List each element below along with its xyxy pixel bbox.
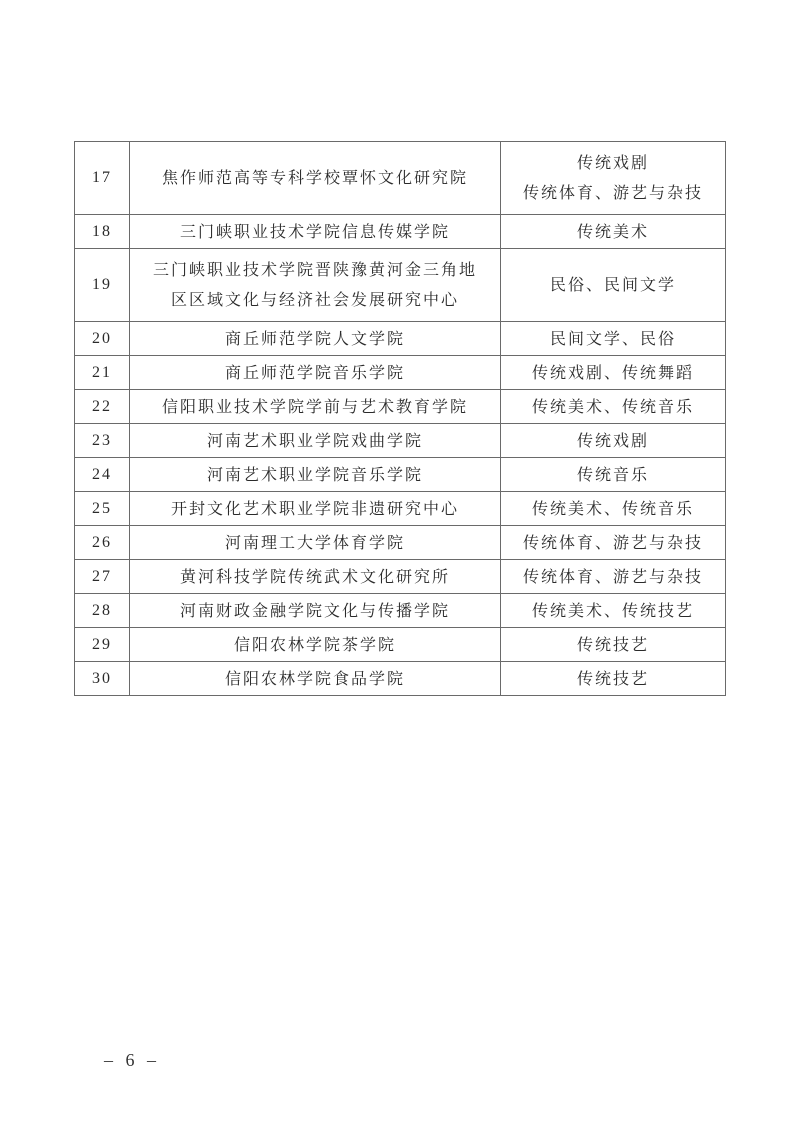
- heritage-category-cell: 民俗、民间文学: [501, 249, 726, 322]
- page-number: – 6 –: [104, 1050, 160, 1071]
- table-row: 25开封文化艺术职业学院非遗研究中心传统美术、传统音乐: [75, 492, 726, 526]
- institution-name-line: 商丘师范学院音乐学院: [134, 358, 496, 388]
- institution-name-line: 河南艺术职业学院音乐学院: [134, 460, 496, 490]
- heritage-category-cell: 传统美术、传统音乐: [501, 390, 726, 424]
- institution-name-line: 三门峡职业技术学院晋陕豫黄河金三角地: [134, 255, 496, 285]
- row-number-cell: 19: [75, 249, 130, 322]
- institution-name-line: 商丘师范学院人文学院: [134, 324, 496, 354]
- heritage-category-cell: 传统美术: [501, 215, 726, 249]
- heritage-category-cell: 传统技艺: [501, 662, 726, 696]
- institution-name-cell: 河南艺术职业学院戏曲学院: [130, 424, 501, 458]
- institution-name-cell: 河南艺术职业学院音乐学院: [130, 458, 501, 492]
- row-number-cell: 25: [75, 492, 130, 526]
- heritage-category-cell: 传统美术、传统技艺: [501, 594, 726, 628]
- heritage-category-line: 民间文学、民俗: [505, 324, 721, 354]
- institution-name-cell: 商丘师范学院人文学院: [130, 322, 501, 356]
- heritage-category-line: 传统音乐: [505, 460, 721, 490]
- table-row: 18三门峡职业技术学院信息传媒学院传统美术: [75, 215, 726, 249]
- row-number-cell: 20: [75, 322, 130, 356]
- heritage-category-line: 传统体育、游艺与杂技: [505, 528, 721, 558]
- institution-name-cell: 商丘师范学院音乐学院: [130, 356, 501, 390]
- institution-name-line: 河南艺术职业学院戏曲学院: [134, 426, 496, 456]
- heritage-category-cell: 传统戏剧传统体育、游艺与杂技: [501, 142, 726, 215]
- institution-name-cell: 焦作师范高等专科学校覃怀文化研究院: [130, 142, 501, 215]
- institution-name-line: 区区域文化与经济社会发展研究中心: [134, 285, 496, 315]
- institution-name-line: 焦作师范高等专科学校覃怀文化研究院: [134, 163, 496, 193]
- institution-name-cell: 三门峡职业技术学院晋陕豫黄河金三角地区区域文化与经济社会发展研究中心: [130, 249, 501, 322]
- heritage-category-line: 传统戏剧: [505, 426, 721, 456]
- institution-name-cell: 黄河科技学院传统武术文化研究所: [130, 560, 501, 594]
- table-row: 23河南艺术职业学院戏曲学院传统戏剧: [75, 424, 726, 458]
- row-number-cell: 23: [75, 424, 130, 458]
- institution-name-line: 信阳职业技术学院学前与艺术教育学院: [134, 392, 496, 422]
- heritage-category-cell: 传统戏剧、传统舞蹈: [501, 356, 726, 390]
- institution-name-cell: 河南财政金融学院文化与传播学院: [130, 594, 501, 628]
- heritage-category-line: 传统美术、传统技艺: [505, 596, 721, 626]
- institution-name-line: 信阳农林学院茶学院: [134, 630, 496, 660]
- table-row: 21商丘师范学院音乐学院传统戏剧、传统舞蹈: [75, 356, 726, 390]
- institution-name-line: 信阳农林学院食品学院: [134, 664, 496, 694]
- heritage-category-line: 传统体育、游艺与杂技: [505, 178, 721, 208]
- document-page: 17焦作师范高等专科学校覃怀文化研究院传统戏剧传统体育、游艺与杂技18三门峡职业…: [0, 0, 799, 1131]
- institution-name-line: 河南财政金融学院文化与传播学院: [134, 596, 496, 626]
- table-row: 28河南财政金融学院文化与传播学院传统美术、传统技艺: [75, 594, 726, 628]
- institution-name-line: 开封文化艺术职业学院非遗研究中心: [134, 494, 496, 524]
- institution-name-cell: 三门峡职业技术学院信息传媒学院: [130, 215, 501, 249]
- institution-name-cell: 河南理工大学体育学院: [130, 526, 501, 560]
- heritage-category-cell: 民间文学、民俗: [501, 322, 726, 356]
- institution-name-line: 河南理工大学体育学院: [134, 528, 496, 558]
- heritage-category-line: 传统美术: [505, 217, 721, 247]
- table-row: 30信阳农林学院食品学院传统技艺: [75, 662, 726, 696]
- table-body: 17焦作师范高等专科学校覃怀文化研究院传统戏剧传统体育、游艺与杂技18三门峡职业…: [75, 142, 726, 696]
- heritage-category-cell: 传统戏剧: [501, 424, 726, 458]
- heritage-category-line: 传统体育、游艺与杂技: [505, 562, 721, 592]
- institution-name-cell: 信阳职业技术学院学前与艺术教育学院: [130, 390, 501, 424]
- row-number-cell: 17: [75, 142, 130, 215]
- institution-name-cell: 信阳农林学院食品学院: [130, 662, 501, 696]
- row-number-cell: 28: [75, 594, 130, 628]
- heritage-category-line: 传统技艺: [505, 630, 721, 660]
- heritage-category-line: 传统美术、传统音乐: [505, 392, 721, 422]
- table-row: 19三门峡职业技术学院晋陕豫黄河金三角地区区域文化与经济社会发展研究中心民俗、民…: [75, 249, 726, 322]
- heritage-category-cell: 传统音乐: [501, 458, 726, 492]
- row-number-cell: 29: [75, 628, 130, 662]
- table-row: 26河南理工大学体育学院传统体育、游艺与杂技: [75, 526, 726, 560]
- heritage-category-line: 民俗、民间文学: [505, 270, 721, 300]
- row-number-cell: 21: [75, 356, 130, 390]
- row-number-cell: 24: [75, 458, 130, 492]
- row-number-cell: 22: [75, 390, 130, 424]
- row-number-cell: 18: [75, 215, 130, 249]
- heritage-category-cell: 传统体育、游艺与杂技: [501, 560, 726, 594]
- table-row: 17焦作师范高等专科学校覃怀文化研究院传统戏剧传统体育、游艺与杂技: [75, 142, 726, 215]
- heritage-category-line: 传统戏剧、传统舞蹈: [505, 358, 721, 388]
- institution-name-cell: 信阳农林学院茶学院: [130, 628, 501, 662]
- institution-name-cell: 开封文化艺术职业学院非遗研究中心: [130, 492, 501, 526]
- row-number-cell: 27: [75, 560, 130, 594]
- table-row: 24河南艺术职业学院音乐学院传统音乐: [75, 458, 726, 492]
- heritage-category-line: 传统戏剧: [505, 148, 721, 178]
- table-row: 20商丘师范学院人文学院民间文学、民俗: [75, 322, 726, 356]
- heritage-category-cell: 传统技艺: [501, 628, 726, 662]
- heritage-category-line: 传统美术、传统音乐: [505, 494, 721, 524]
- table-row: 27黄河科技学院传统武术文化研究所传统体育、游艺与杂技: [75, 560, 726, 594]
- heritage-category-cell: 传统美术、传统音乐: [501, 492, 726, 526]
- heritage-category-cell: 传统体育、游艺与杂技: [501, 526, 726, 560]
- row-number-cell: 30: [75, 662, 130, 696]
- institution-name-line: 三门峡职业技术学院信息传媒学院: [134, 217, 496, 247]
- table-row: 29信阳农林学院茶学院传统技艺: [75, 628, 726, 662]
- institutions-table: 17焦作师范高等专科学校覃怀文化研究院传统戏剧传统体育、游艺与杂技18三门峡职业…: [74, 141, 726, 696]
- table-row: 22信阳职业技术学院学前与艺术教育学院传统美术、传统音乐: [75, 390, 726, 424]
- institution-name-line: 黄河科技学院传统武术文化研究所: [134, 562, 496, 592]
- heritage-category-line: 传统技艺: [505, 664, 721, 694]
- row-number-cell: 26: [75, 526, 130, 560]
